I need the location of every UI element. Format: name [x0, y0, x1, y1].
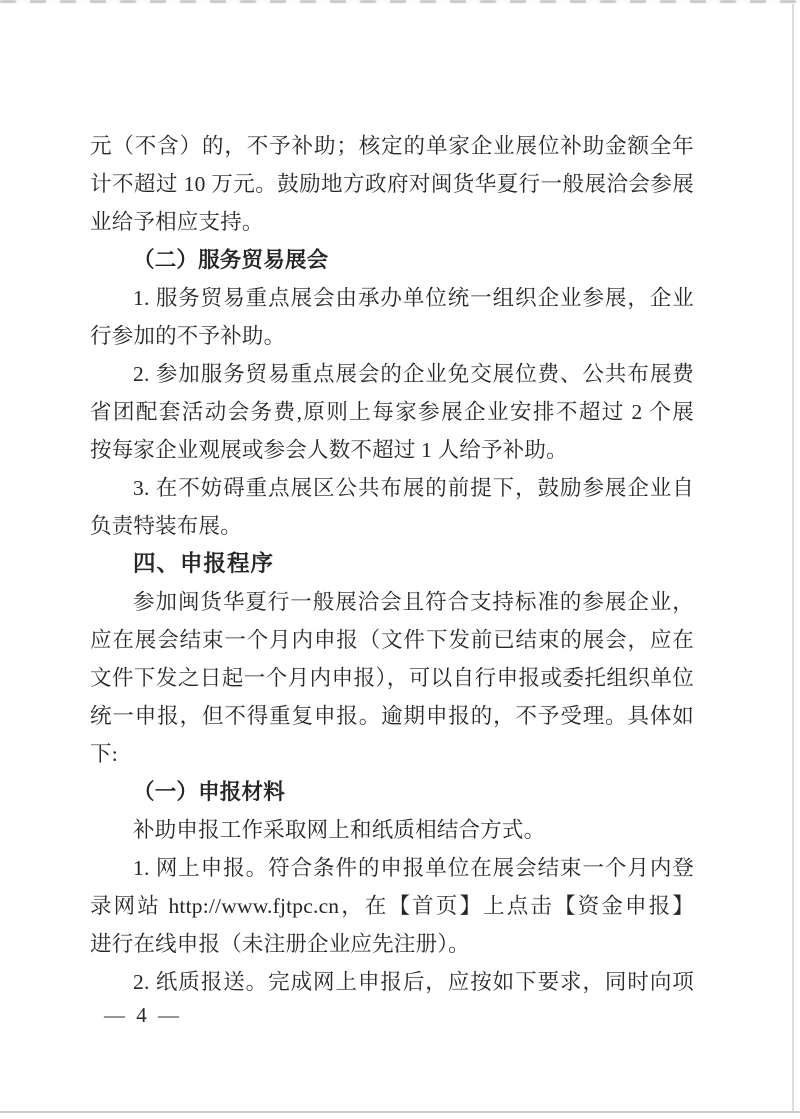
text-line: 2. 参加服务贸易重点展会的企业免交展位费、公共布展费和 — [90, 355, 694, 393]
text-line: 应在展会结束一个月内申报（文件下发前已结束的展会，应在 — [90, 621, 694, 659]
text-line: 按每家企业观展或参会人数不超过 1 人给予补助。 — [90, 431, 694, 469]
heading-kai: （一）申报材料 — [90, 773, 694, 811]
page-number: — 4 — — [104, 1000, 182, 1030]
text-line: 行参加的不予补助。 — [90, 317, 694, 355]
text-line: 负责特装布展。 — [90, 507, 694, 545]
text-line: 元（不含）的，不予补助；核定的单家企业展位补助金额全年累 — [90, 127, 694, 165]
text-line: 1. 网上申报。符合条件的申报单位在展会结束一个月内登 — [90, 849, 694, 887]
heading-kai: （二）服务贸易展会 — [90, 241, 694, 279]
text-line: 统一申报，但不得重复申报。逾期申报的，不予受理。具体如 — [90, 697, 694, 735]
scan-top-edge-artifact — [0, 0, 800, 3]
text-line: 省团配套活动会务费,原则上每家参展企业安排不超过 2 个展位， — [90, 393, 694, 431]
text-line: 3. 在不妨碍重点展区公共布展的前提下，鼓励参展企业自行 — [90, 469, 694, 507]
scan-bottom-edge — [0, 1111, 800, 1113]
text-line: 1. 服务贸易重点展会由承办单位统一组织企业参展，企业自 — [90, 279, 694, 317]
heading-hei: 四、申报程序 — [90, 545, 694, 583]
text-line: 进行在线申报（未注册企业应先注册）。 — [90, 925, 694, 963]
text-line: 业给予相应支持。 — [90, 203, 694, 241]
document-body: 元（不含）的，不予补助；核定的单家企业展位补助金额全年累计不超过 10 万元。鼓… — [90, 127, 694, 1001]
text-line: 录网站 http://www.fjtpc.cn，在【首页】上点击【资金申报】 — [90, 887, 694, 925]
text-line: 参加闽货华夏行一般展洽会且符合支持标准的参展企业， — [90, 583, 694, 621]
text-line: 补助申报工作采取网上和纸质相结合方式。 — [90, 811, 694, 849]
text-line: 下: — [90, 735, 694, 773]
document-page: 元（不含）的，不予补助；核定的单家企业展位补助金额全年累计不超过 10 万元。鼓… — [0, 0, 800, 1119]
text-line: 文件下发之日起一个月内申报），可以自行申报或委托组织单位 — [90, 659, 694, 697]
text-line: 2. 纸质报送。完成网上申报后，应按如下要求，同时向项 — [90, 963, 694, 1001]
text-line: 计不超过 10 万元。鼓励地方政府对闽货华夏行一般展洽会参展企 — [90, 165, 694, 203]
scan-right-edge — [792, 4, 794, 1112]
